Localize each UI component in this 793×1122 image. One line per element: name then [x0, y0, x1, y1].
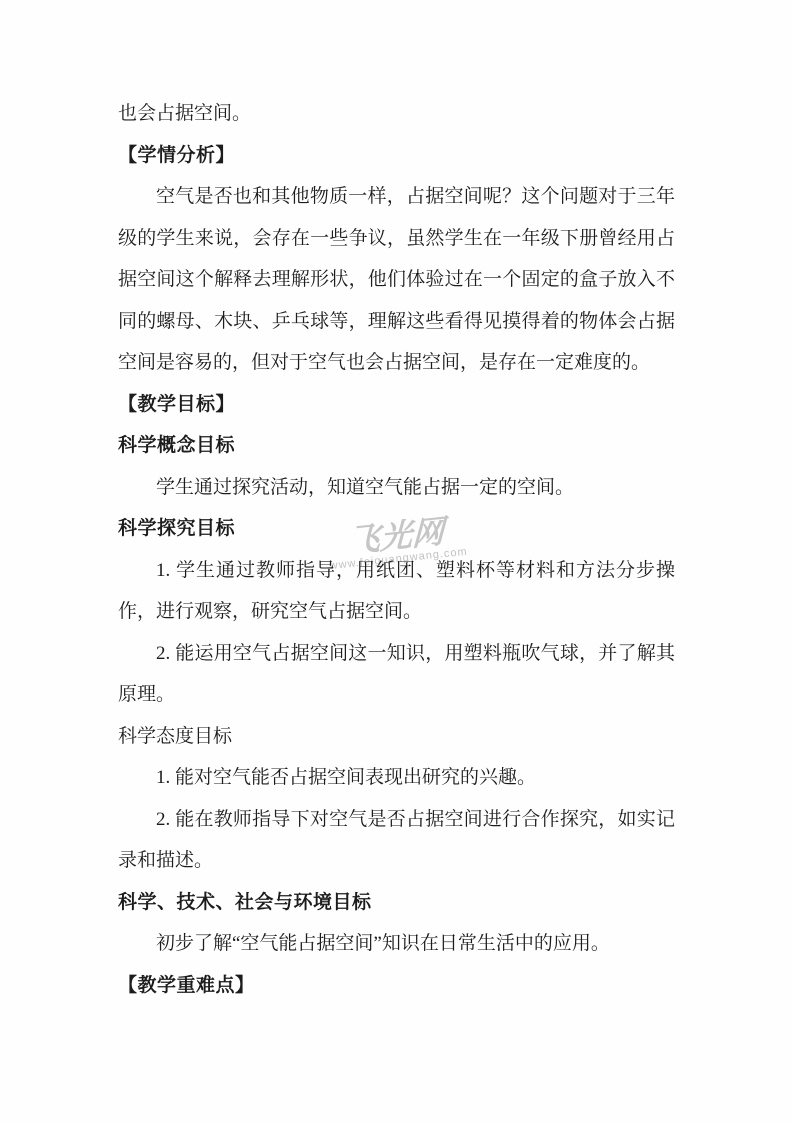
subheading-science-inquiry-goals: 科学探究目标: [118, 508, 675, 550]
heading-learning-analysis: 【学情分析】: [118, 135, 675, 177]
para-continuation: 也会占据空间。: [118, 93, 675, 135]
document-content: 也会占据空间。 【学情分析】 空气是否也和其他物质一样，占据空间呢？这个问题对于…: [118, 93, 675, 1006]
para-attitude-goal-2: 2. 能在教师指导下对空气是否占据空间进行合作探究，如实记录和描述。: [118, 799, 675, 882]
para-stse-goal: 初步了解“空气能占据空间”知识在日常生活中的应用。: [118, 923, 675, 965]
subheading-science-concept-goals: 科学概念目标: [118, 425, 675, 467]
para-attitude-goal-1: 1. 能对空气能否占据空间表现出研究的兴趣。: [118, 757, 675, 799]
para-inquiry-goal-2: 2. 能运用空气占据空间这一知识，用塑料瓶吹气球，并了解其原理。: [118, 633, 675, 716]
heading-key-difficult-points: 【教学重难点】: [118, 965, 675, 1007]
heading-teaching-goals: 【教学目标】: [118, 384, 675, 426]
subheading-science-attitude-goals: 科学态度目标: [118, 716, 675, 758]
para-science-concept-goal: 学生通过探究活动，知道空气能占据一定的空间。: [118, 467, 675, 509]
document-page: 飞光网 www.feiguangwang.com 也会占据空间。 【学情分析】 …: [0, 0, 793, 1122]
para-inquiry-goal-1: 1. 学生通过教师指导，用纸团、塑料杯等材料和方法分步操作，进行观察，研究空气占…: [118, 550, 675, 633]
para-learning-analysis: 空气是否也和其他物质一样，占据空间呢？这个问题对于三年级的学生来说，会存在一些争…: [118, 176, 675, 384]
subheading-stse-goals: 科学、技术、社会与环境目标: [118, 882, 675, 924]
